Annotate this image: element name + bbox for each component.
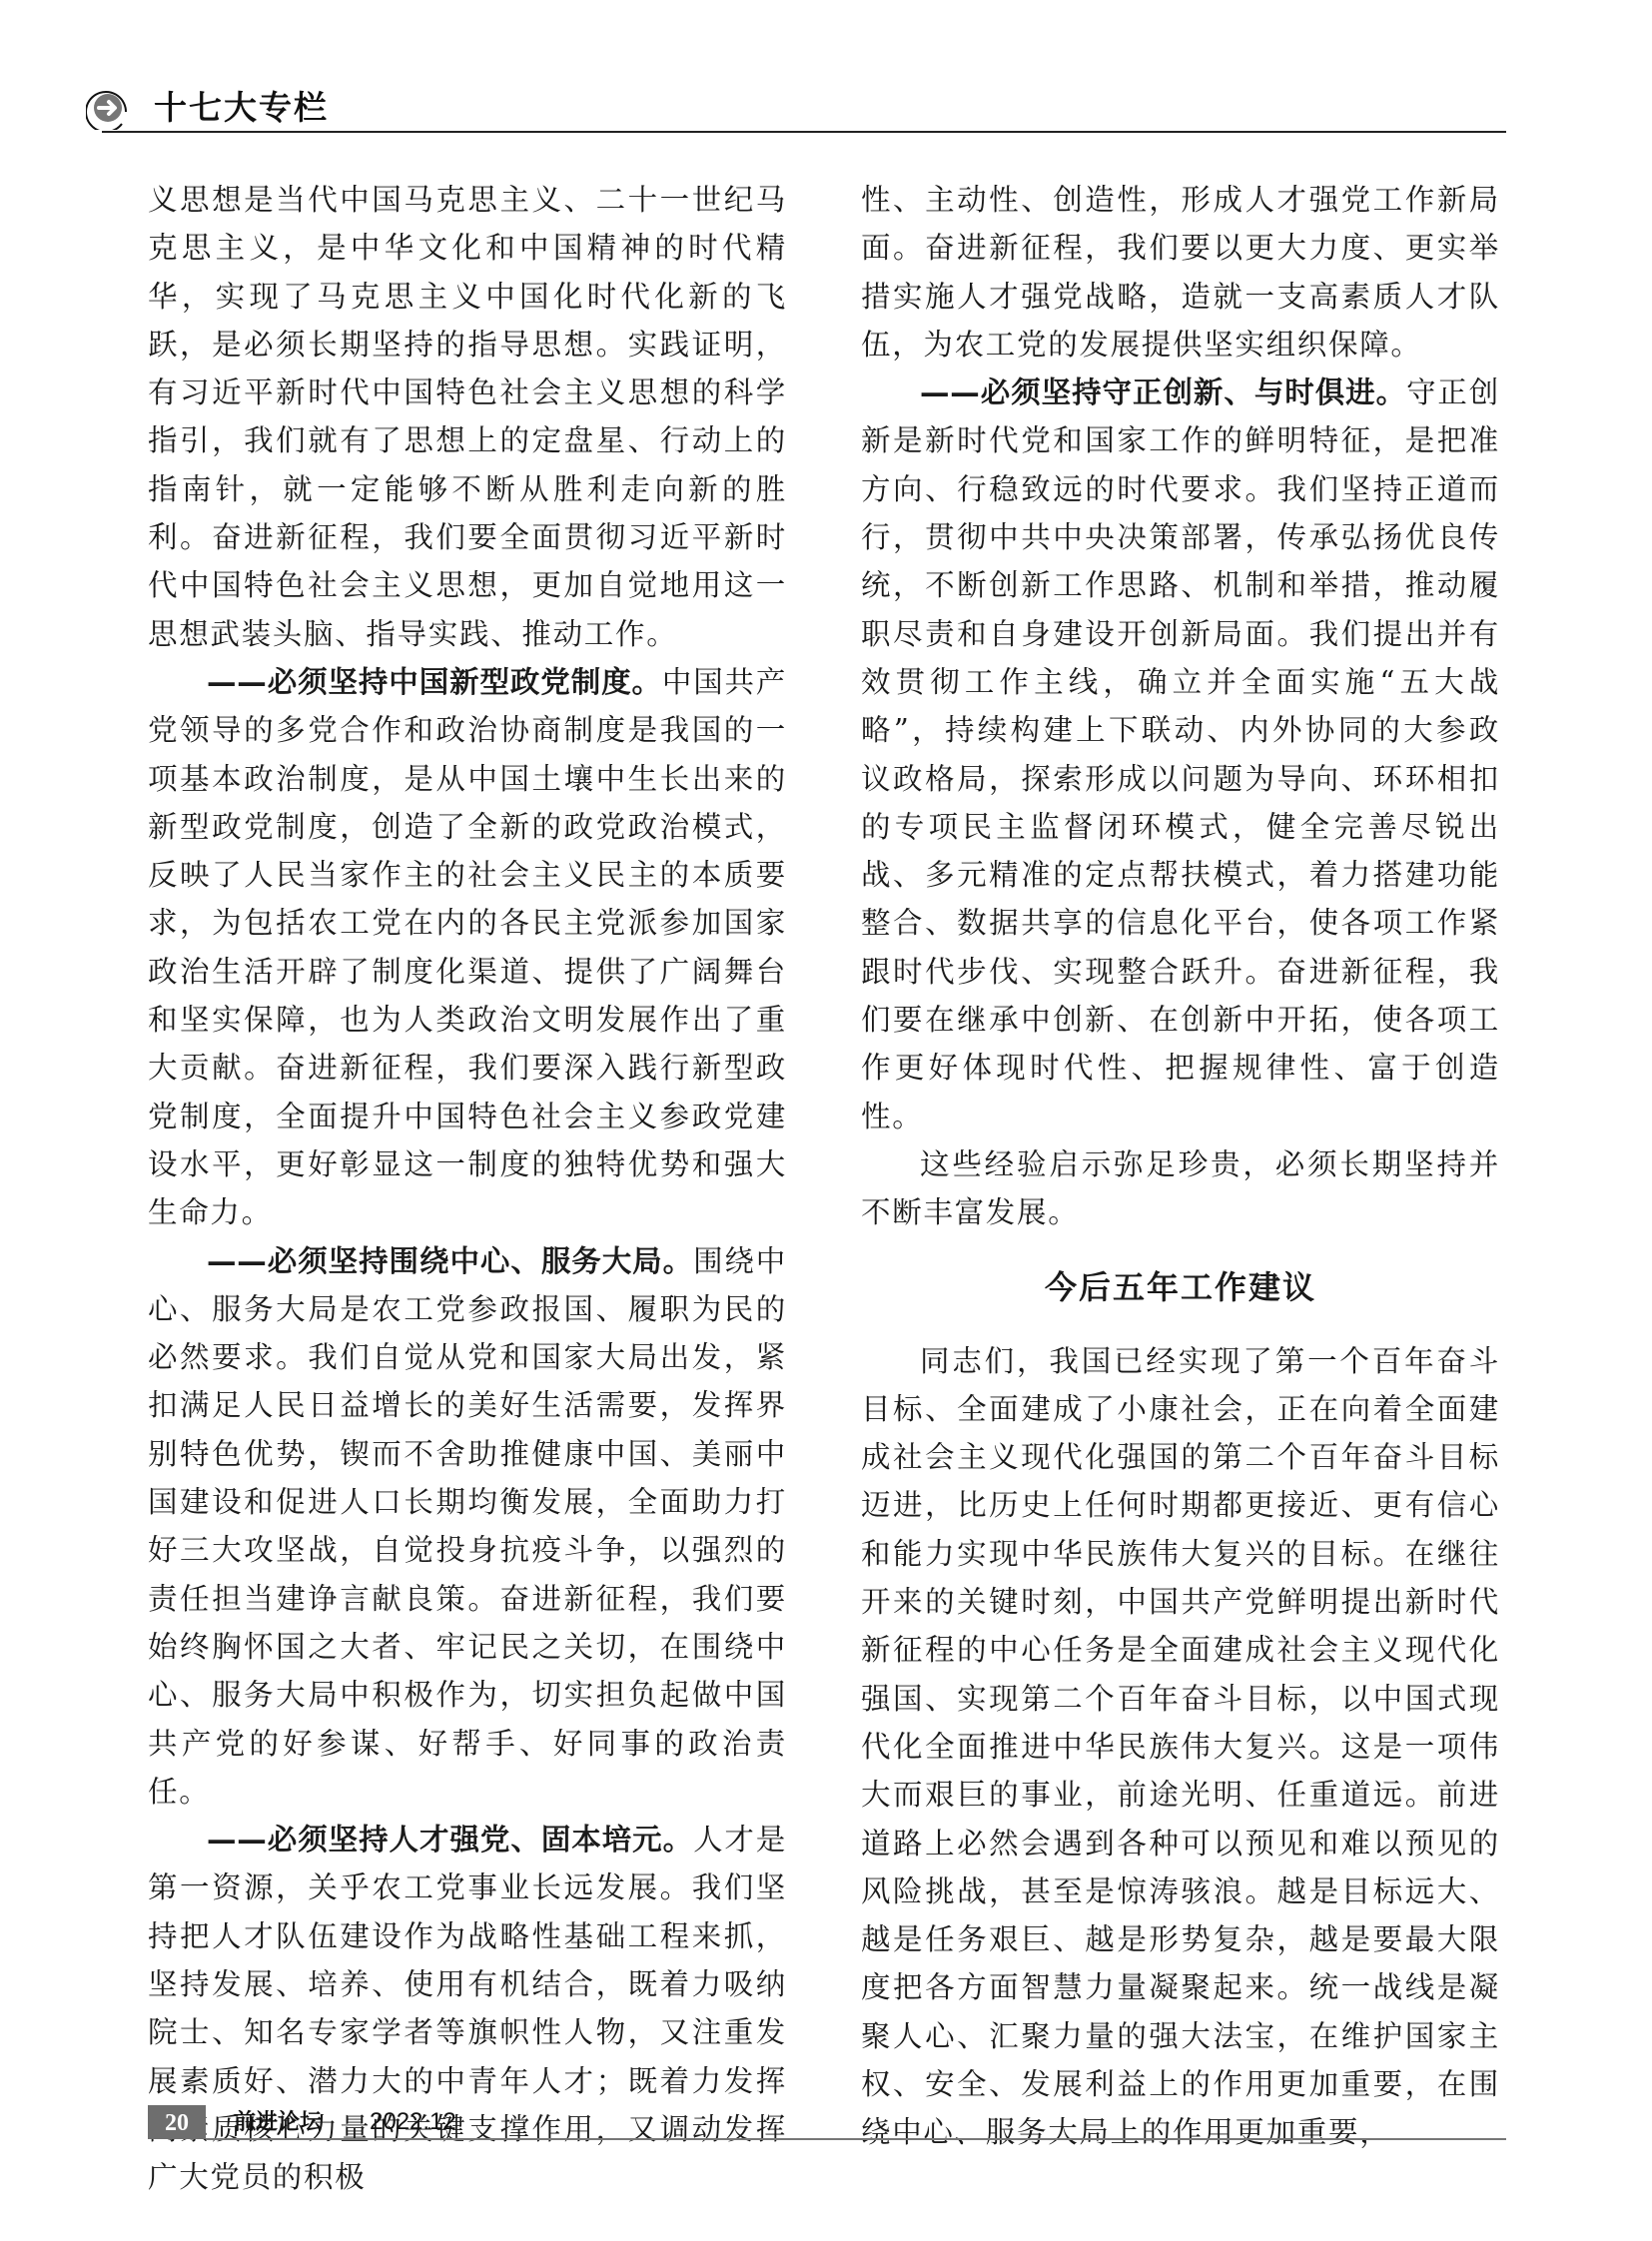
page-footer: 20 前进论坛 2022.12 [148,2105,1506,2145]
paragraph: ——必须坚持守正创新、与时俱进。守正创新是新时代党和国家工作的鲜明特征，是把准方… [861,369,1500,1140]
section-heading: 今后五年工作建议 [861,1237,1500,1337]
page-header: 十七大专栏 [86,84,1506,134]
paragraph: 性、主动性、创造性，形成人才强党工作新局面。奋进新征程，我们要以更大力度、更实举… [861,176,1500,369]
left-column: 义思想是当代中国马克思主义、二十一世纪马克思主义，是中华文化和中国精神的时代精华… [148,176,787,2201]
section-title: 十七大专栏 [154,88,329,128]
paragraph: 这些经验启示弥足珍贵，必须长期坚持并不断丰富发展。 [861,1140,1500,1237]
paragraph: ——必须坚持中国新型政党制度。中国共产党领导的多党合作和政治协商制度是我国的一项… [148,658,787,1237]
arrow-right-circle-icon [86,86,130,130]
paragraph: 义思想是当代中国马克思主义、二十一世纪马克思主义，是中华文化和中国精神的时代精华… [148,176,787,658]
paragraph-body: 围绕中心、服务大局是农工党参政报国、履职为民的必然要求。我们自觉从党和国家大局出… [148,1244,787,1809]
paragraph: 同志们，我国已经实现了第一个百年奋斗目标、全面建成了小康社会，正在向着全面建成社… [861,1337,1500,2157]
footer-divider [206,2138,1506,2140]
bold-lead-in: ——必须坚持人才强党、固本培元。 [207,1823,693,1857]
paragraph-body: 中国共产党领导的多党合作和政治协商制度是我国的一项基本政治制度，是从中国土壤中生… [148,665,787,1229]
bold-lead-in: ——必须坚持中国新型政党制度。 [207,665,662,699]
right-column: 性、主动性、创造性，形成人才强党工作新局面。奋进新征程，我们要以更大力度、更实举… [861,176,1500,2157]
paragraph-body: 守正创新是新时代党和国家工作的鲜明特征，是把准方向、行稳致远的时代要求。我们坚持… [861,375,1500,1132]
issue-date: 2022.12 [370,2105,456,2139]
paragraph: ——必须坚持围绕中心、服务大局。围绕中心、服务大局是农工党参政报国、履职为民的必… [148,1237,787,1817]
header-divider [102,131,1506,133]
bold-lead-in: ——必须坚持围绕中心、服务大局。 [207,1244,693,1278]
publication-name: 前进论坛 [234,2105,322,2139]
page-number: 20 [148,2105,206,2139]
bold-lead-in: ——必须坚持守正创新、与时俱进。 [920,375,1406,409]
